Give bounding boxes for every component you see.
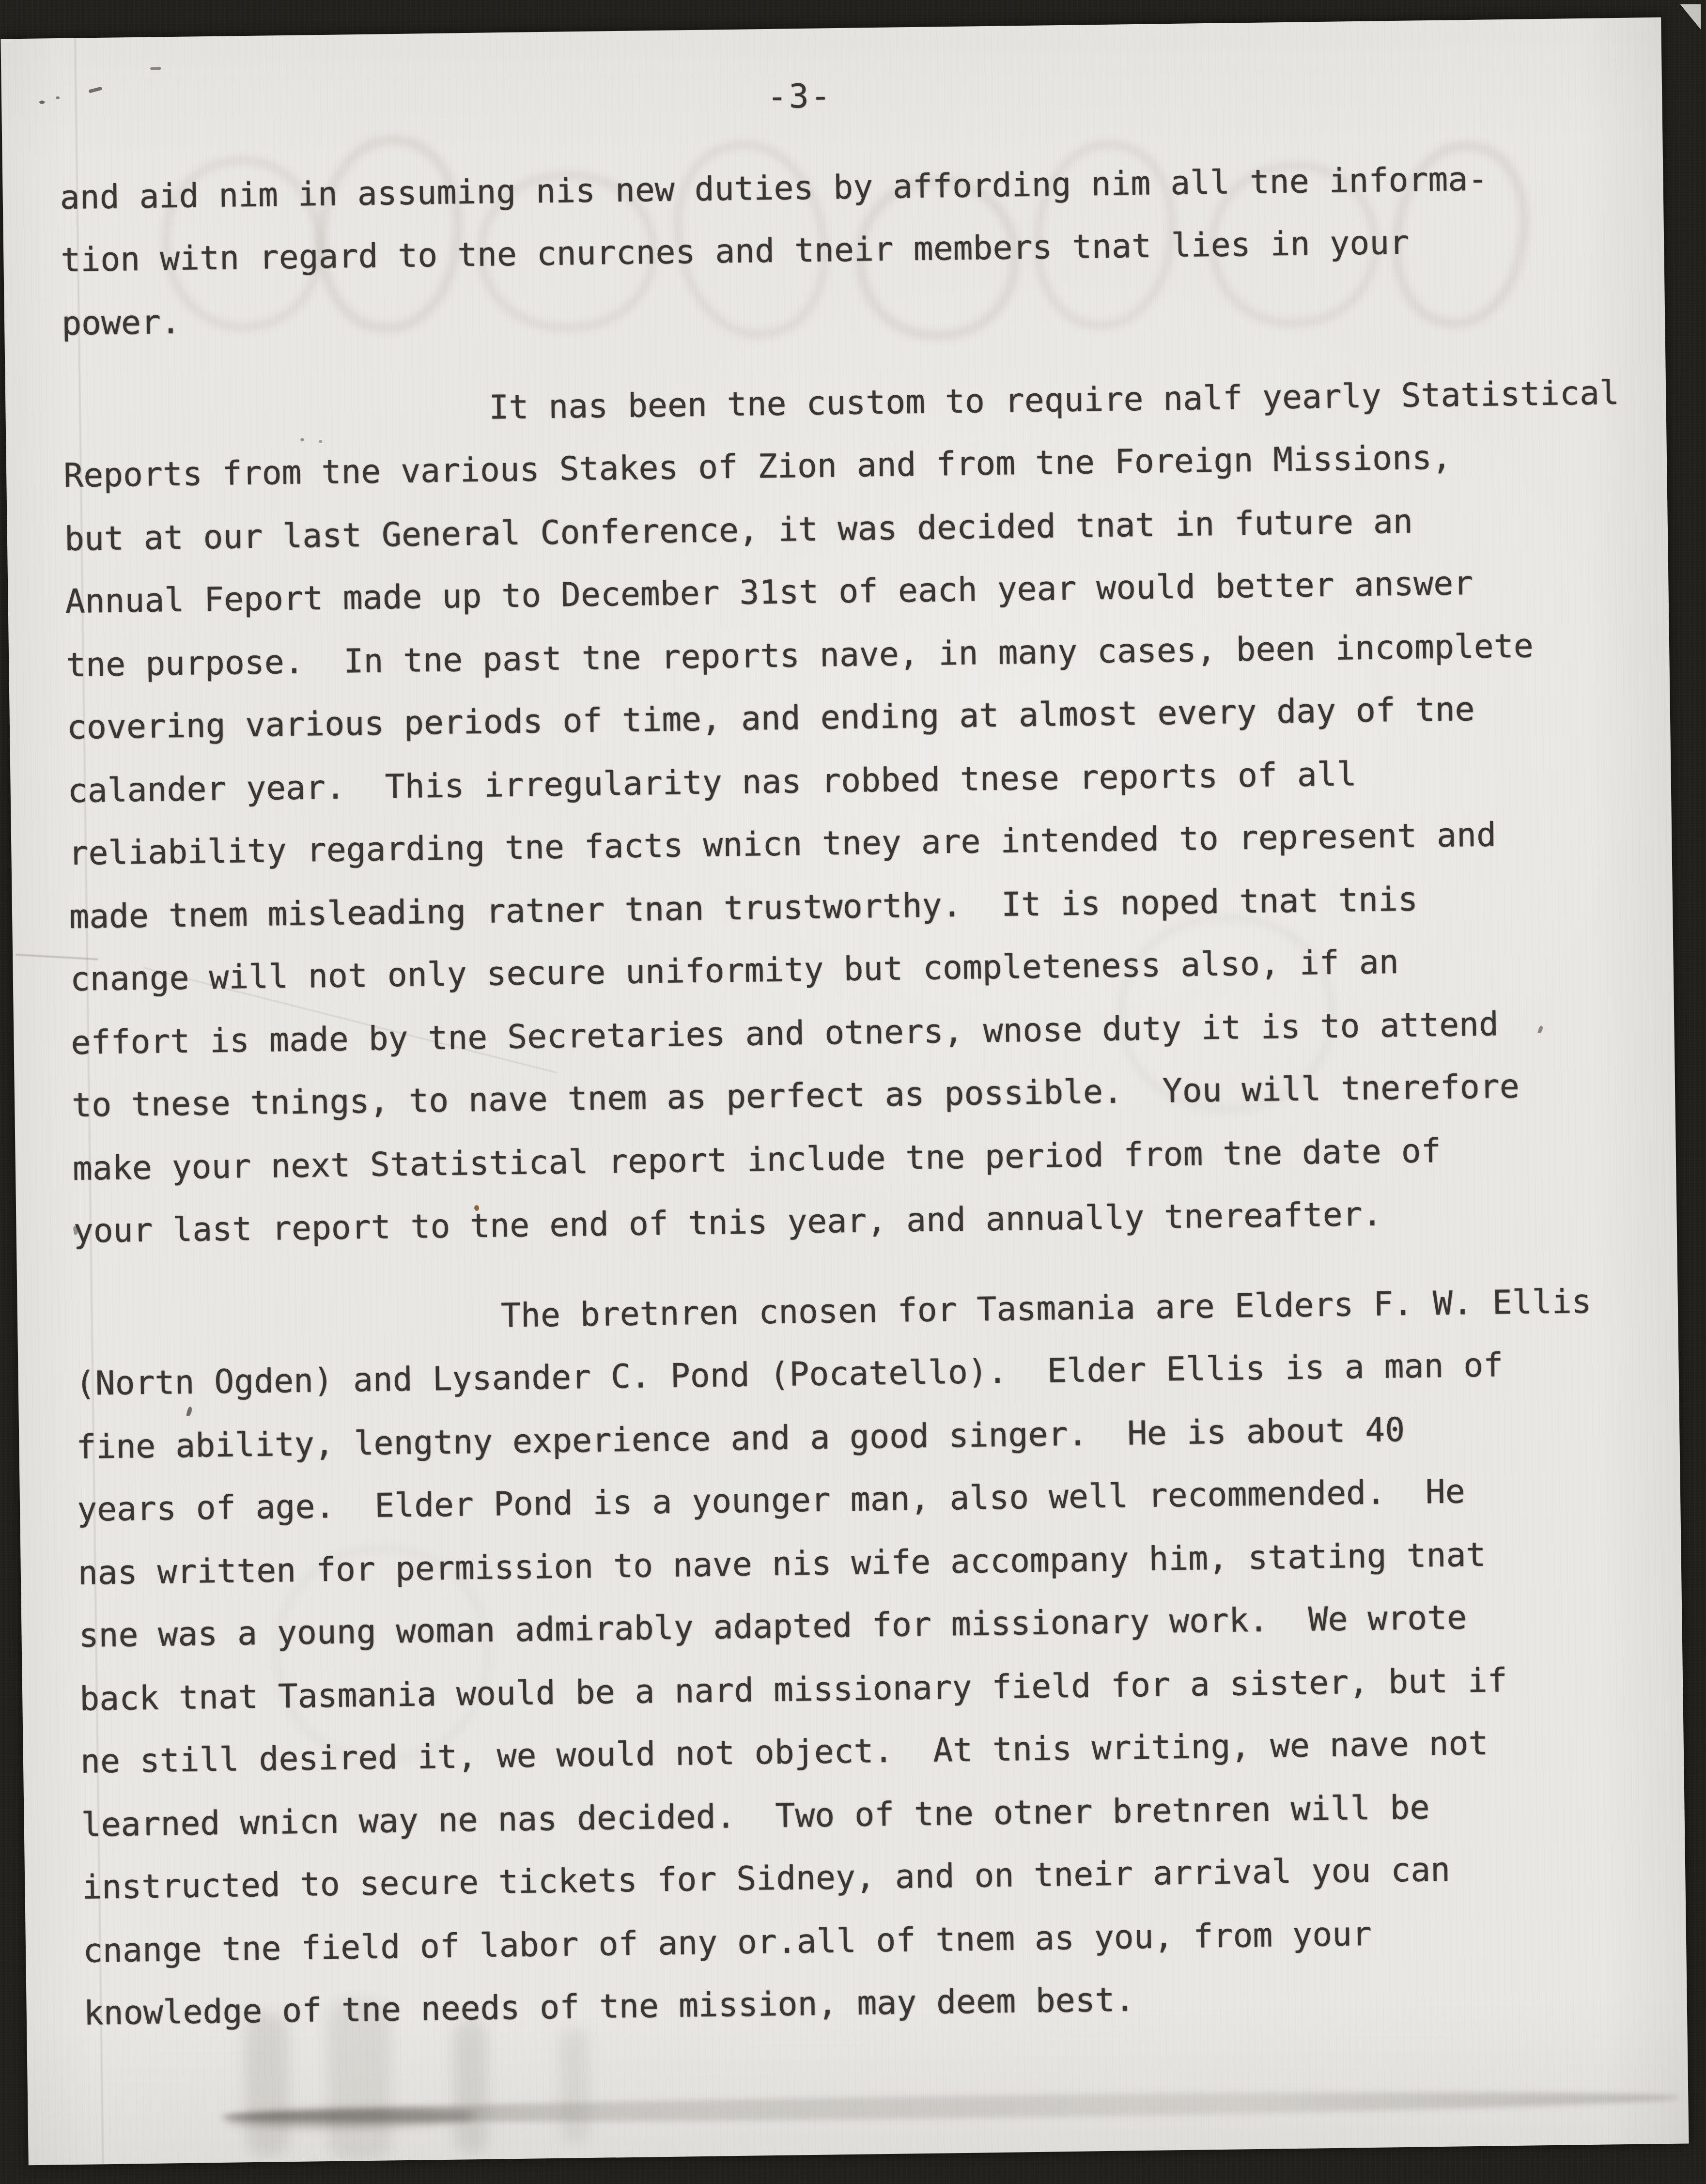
paragraph: It nas been tne custom to require nalf y… bbox=[62, 361, 1639, 1263]
paragraph: and aid nim in assuming nis new duties b… bbox=[60, 146, 1627, 355]
scan-artifact-dot bbox=[39, 100, 45, 104]
paragraph: The bretnren cnosen for Tasmania are Eld… bbox=[74, 1270, 1648, 2045]
ghost-streak bbox=[559, 2027, 590, 2144]
paper: -3- and aid nim in assuming nis new duti… bbox=[0, 17, 1689, 2165]
document-text: -3- and aid nim in assuming nis new duti… bbox=[58, 18, 1648, 2045]
page-number: -3- bbox=[58, 57, 1541, 137]
paragraphs-container: and aid nim in assuming nis new duties b… bbox=[60, 146, 1649, 2045]
